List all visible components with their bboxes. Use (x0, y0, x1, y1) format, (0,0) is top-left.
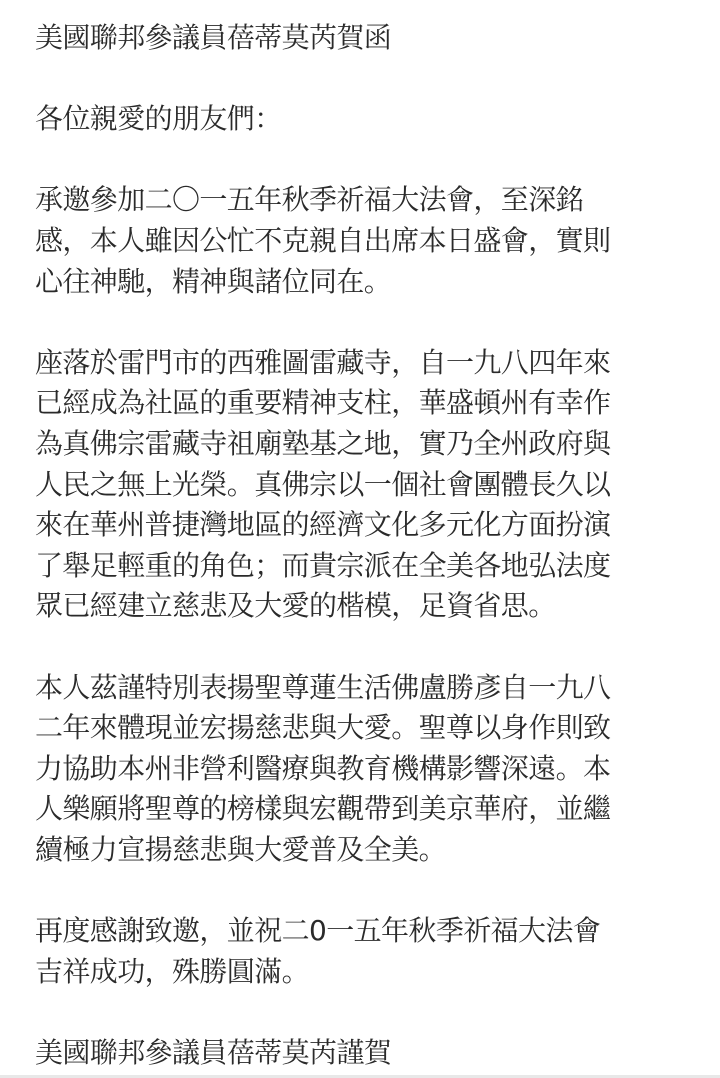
letter-greeting: 各位親愛的朋友們： (35, 99, 705, 140)
letter-document: 美國聯邦參議員蓓蒂莫芮賀函 各位親愛的朋友們： 承邀參加二〇一五年秋季祈福大法會… (35, 18, 705, 1073)
paragraph-line: 承邀參加二〇一五年秋季祈福大法會，至深銘 (35, 180, 705, 221)
paragraph-line: 續極力宣揚慈悲與大愛普及全美。 (35, 830, 705, 871)
paragraph-line: 了舉足輕重的角色；而貴宗派在全美各地弘法度 (35, 546, 705, 587)
paragraph-line: 來在華州普捷灣地區的經濟文化多元化方面扮演 (35, 505, 705, 546)
spacer (35, 870, 705, 911)
paragraph-line: 座落於雷門市的西雅圖雷藏寺，自一九八四年來 (35, 343, 705, 384)
paragraph-closing: 再度感謝致邀，並祝二0一五年秋季祈福大法會 吉祥成功，殊勝圓滿。 (35, 911, 705, 992)
spacer (35, 302, 705, 343)
paragraph-line: 為真佛宗雷藏寺祖廟塾基之地，實乃全州政府與 (35, 424, 705, 465)
letter-signature: 美國聯邦參議員蓓蒂莫芮謹賀 (35, 1033, 705, 1074)
paragraph-line: 人樂願將聖尊的榜樣與宏觀帶到美京華府，並繼 (35, 789, 705, 830)
letter-title: 美國聯邦參議員蓓蒂莫芮賀函 (35, 18, 705, 59)
paragraph-line: 眾已經建立慈悲及大愛的楷模，足資省思。 (35, 586, 705, 627)
paragraph-line: 吉祥成功，殊勝圓滿。 (35, 952, 705, 993)
paragraph-line: 人民之無上光榮。真佛宗以一個社會團體長久以 (35, 465, 705, 506)
spacer (35, 627, 705, 668)
spacer (35, 140, 705, 181)
paragraph-line: 力協助本州非營利醫療與教育機構影響深遠。本 (35, 749, 705, 790)
paragraph-invitation: 承邀參加二〇一五年秋季祈福大法會，至深銘 感，本人雖因公忙不克親自出席本日盛會，… (35, 180, 705, 302)
spacer (35, 992, 705, 1033)
paragraph-commendation: 本人茲謹特別表揚聖尊蓮生活佛盧勝彥自一九八 二年來體現並宏揚慈悲與大愛。聖尊以身… (35, 668, 705, 871)
paragraph-line: 心往神馳，精神與諸位同在。 (35, 262, 705, 303)
paragraph-line: 本人茲謹特別表揚聖尊蓮生活佛盧勝彥自一九八 (35, 668, 705, 709)
paragraph-line: 二年來體現並宏揚慈悲與大愛。聖尊以身作則致 (35, 708, 705, 749)
paragraph-line: 感，本人雖因公忙不克親自出席本日盛會，實則 (35, 221, 705, 262)
paragraph-temple: 座落於雷門市的西雅圖雷藏寺，自一九八四年來 已經成為社區的重要精神支柱，華盛頓州… (35, 343, 705, 627)
spacer (35, 59, 705, 100)
paragraph-line: 再度感謝致邀，並祝二0一五年秋季祈福大法會 (35, 911, 705, 952)
paragraph-line: 已經成為社區的重要精神支柱，華盛頓州有幸作 (35, 383, 705, 424)
